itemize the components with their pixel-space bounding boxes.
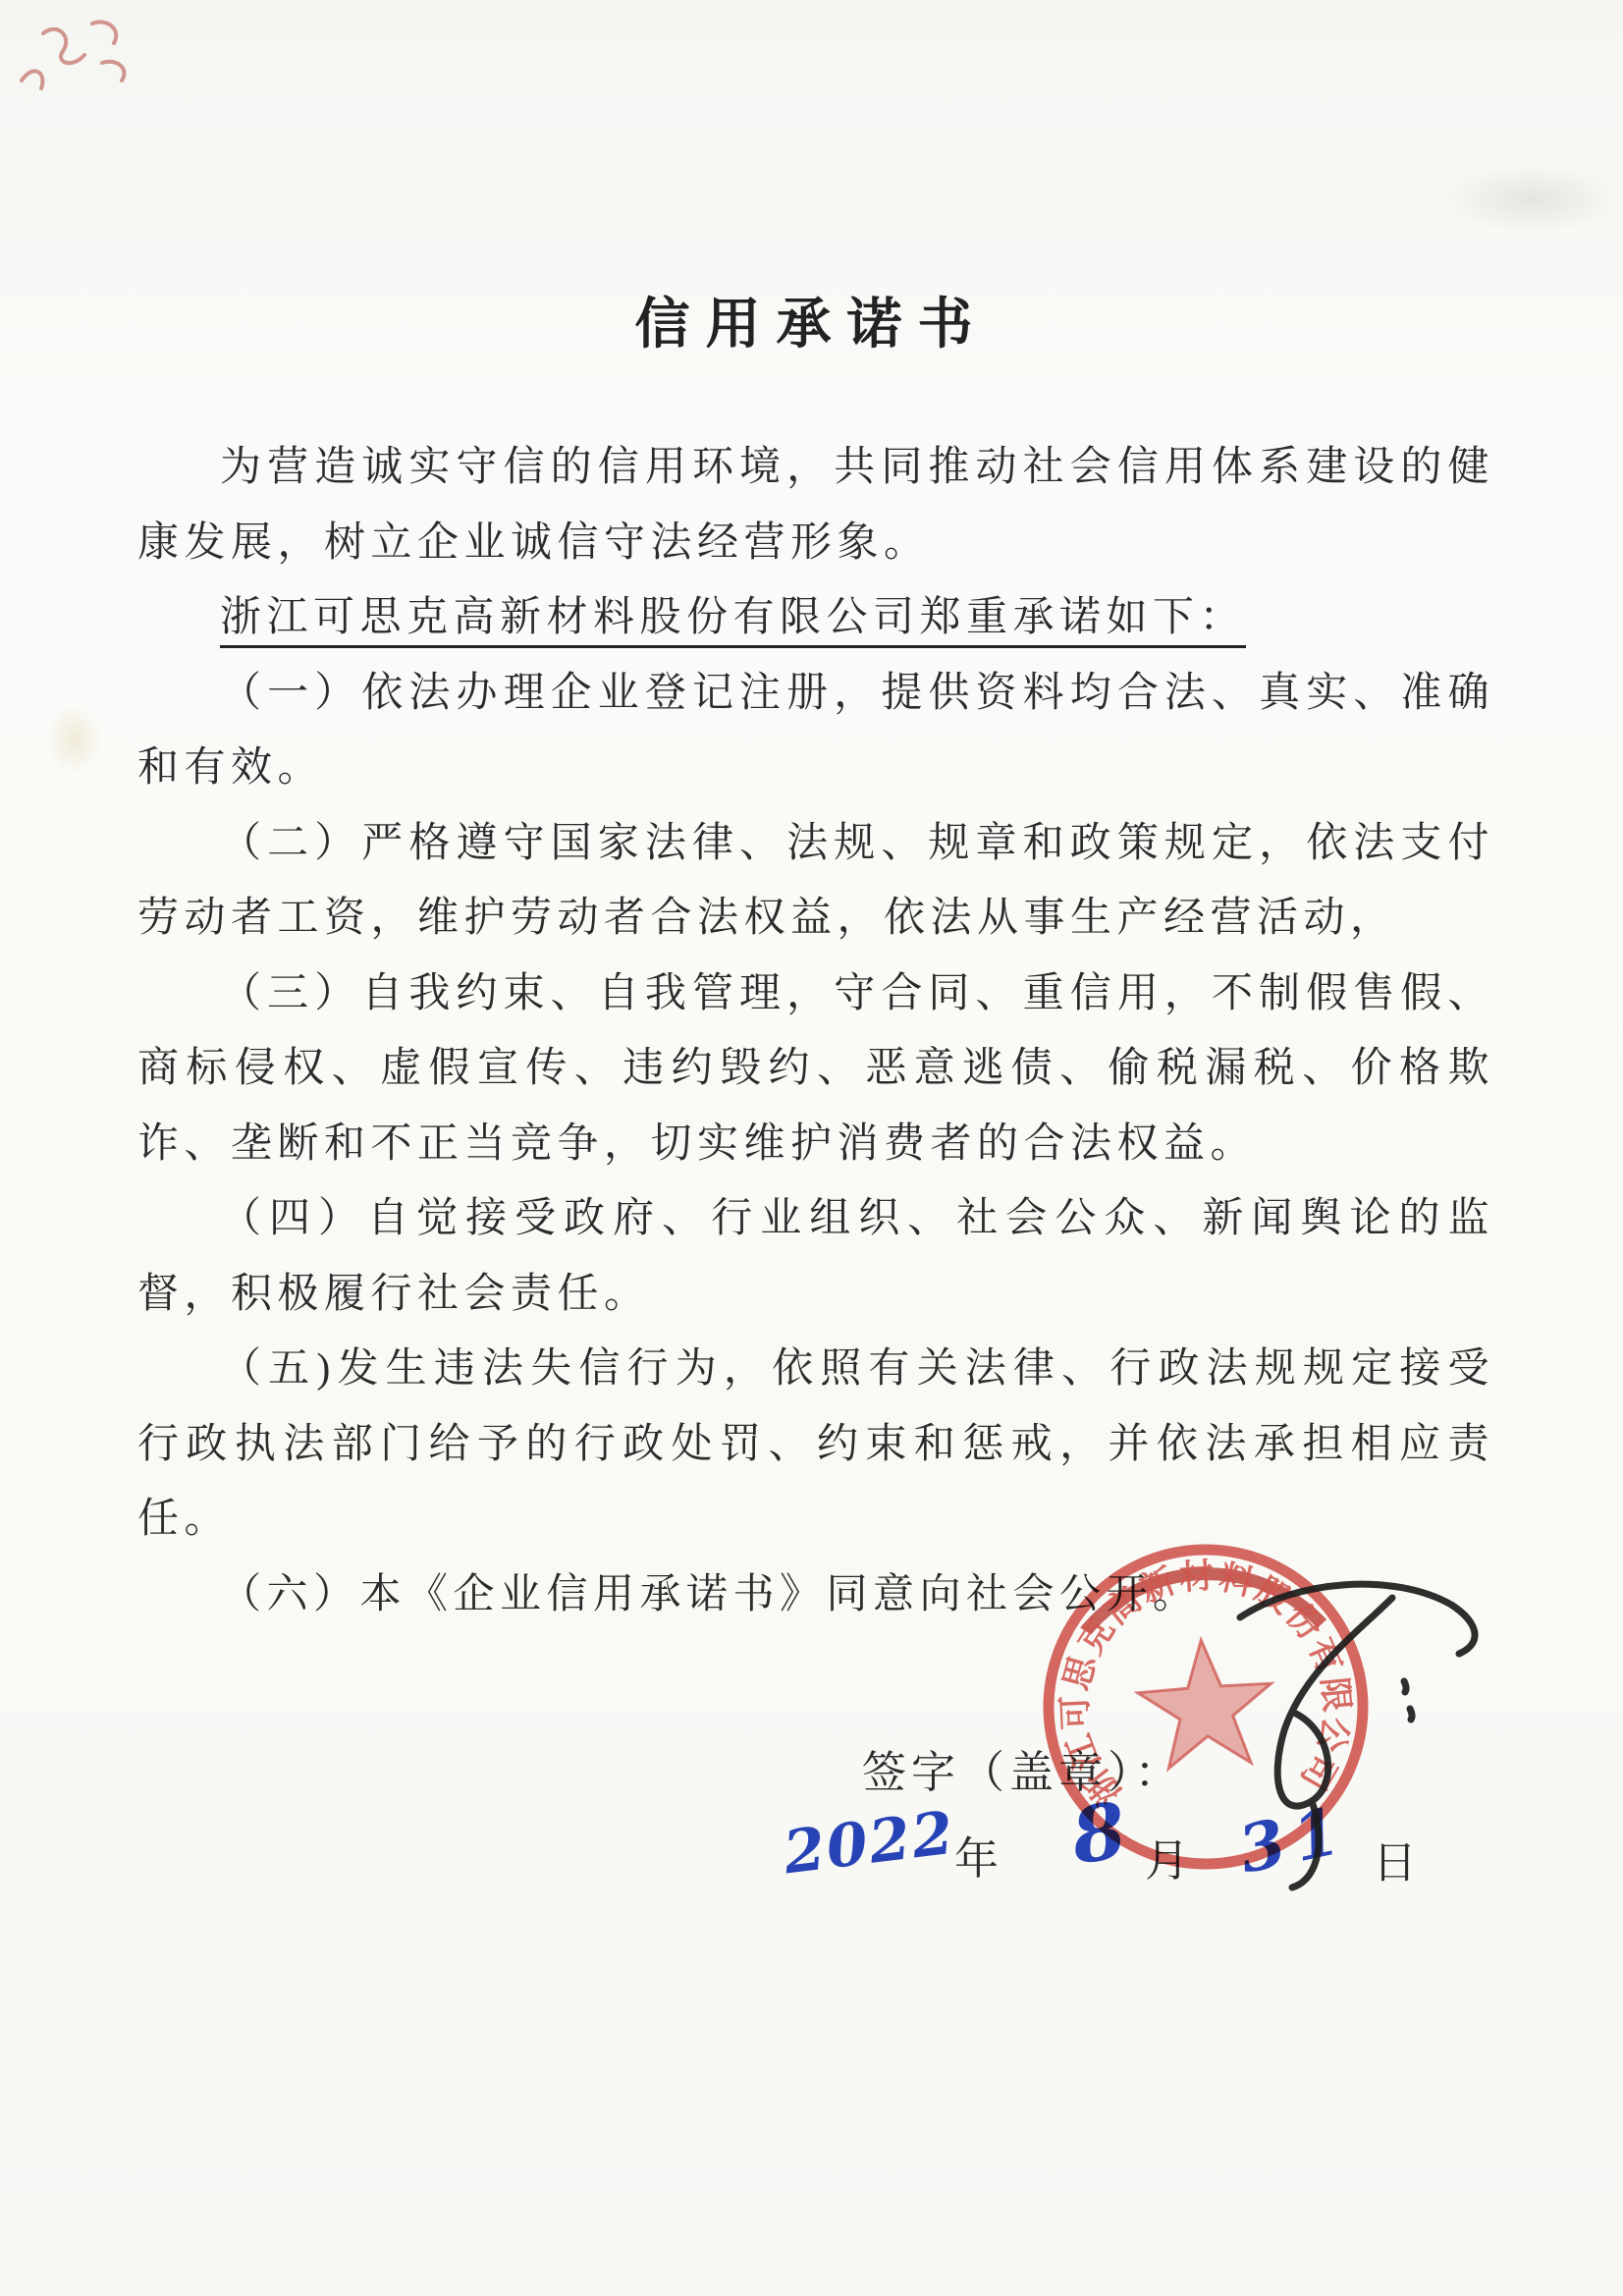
- document-body: 为营造诚实守信的信用环境，共同推动社会信用体系建设的健康发展，树立企业诚信守法经…: [137, 430, 1494, 1632]
- paragraph-item-4: （四）自觉接受政府、行业组织、社会公众、新闻舆论的监督，积极履行社会责任。: [137, 1181, 1494, 1332]
- scanned-document-page: 信用承诺书 为营造诚实守信的信用环境，共同推动社会信用体系建设的健康发展，树立企…: [0, 0, 1623, 2296]
- year-character: 年: [954, 1823, 999, 1886]
- scan-smudge: [47, 705, 102, 774]
- scan-smudge: [1443, 165, 1620, 234]
- paragraph-text: （四）自觉接受政府、行业组织、社会公众、新闻舆论的监督，积极履行社会责任。: [137, 1196, 1494, 1317]
- page-title: 信用承诺书: [0, 281, 1623, 359]
- red-pen-scribble: [4, 4, 151, 122]
- paragraph-text: （三）自我约束、自我管理，守合同、重信用，不制假售假、商标侵权、虚假宣传、违约毁…: [137, 971, 1494, 1167]
- paragraph-item-2: （二）严格遵守国家法律、法规、规章和政策规定，依法支付劳动者工资，维护劳动者合法…: [137, 806, 1494, 957]
- paragraph-item-3: （三）自我约束、自我管理，守合同、重信用，不制假售假、商标侵权、虚假宣传、违约毁…: [137, 957, 1494, 1182]
- paragraph-item-5: （五)发生违法失信行为，依照有关法律、行政法规规定接受行政执法部门给予的行政处罚…: [137, 1332, 1494, 1558]
- paragraph-item-1: （一）依法办理企业登记注册，提供资料均合法、真实、准确和有效。: [137, 656, 1494, 806]
- paragraph-text: （五)发生违法失信行为，依照有关法律、行政法规规定接受行政执法部门给予的行政处罚…: [137, 1346, 1494, 1542]
- handwritten-year: 2022: [780, 1799, 958, 1888]
- underlined-company-statement: 浙江可思克高新材料股份有限公司郑重承诺如下：: [220, 595, 1246, 648]
- paragraph-text: （二）严格遵守国家法律、法规、规章和政策规定，依法支付劳动者工资，维护劳动者合法…: [137, 821, 1494, 942]
- paragraph-intro: 为营造诚实守信的信用环境，共同推动社会信用体系建设的健康发展，树立企业诚信守法经…: [137, 430, 1494, 580]
- svg-text:可: 可: [1055, 1695, 1096, 1731]
- paragraph-text: 为营造诚实守信的信用环境，共同推动社会信用体系建设的健康发展，树立企业诚信守法经…: [137, 445, 1494, 566]
- signature-handwriting: [1147, 1563, 1530, 1897]
- paragraph-text: （一）依法办理企业登记注册，提供资料均合法、真实、准确和有效。: [137, 671, 1494, 792]
- paragraph-company-promise: 浙江可思克高新材料股份有限公司郑重承诺如下：: [137, 580, 1494, 656]
